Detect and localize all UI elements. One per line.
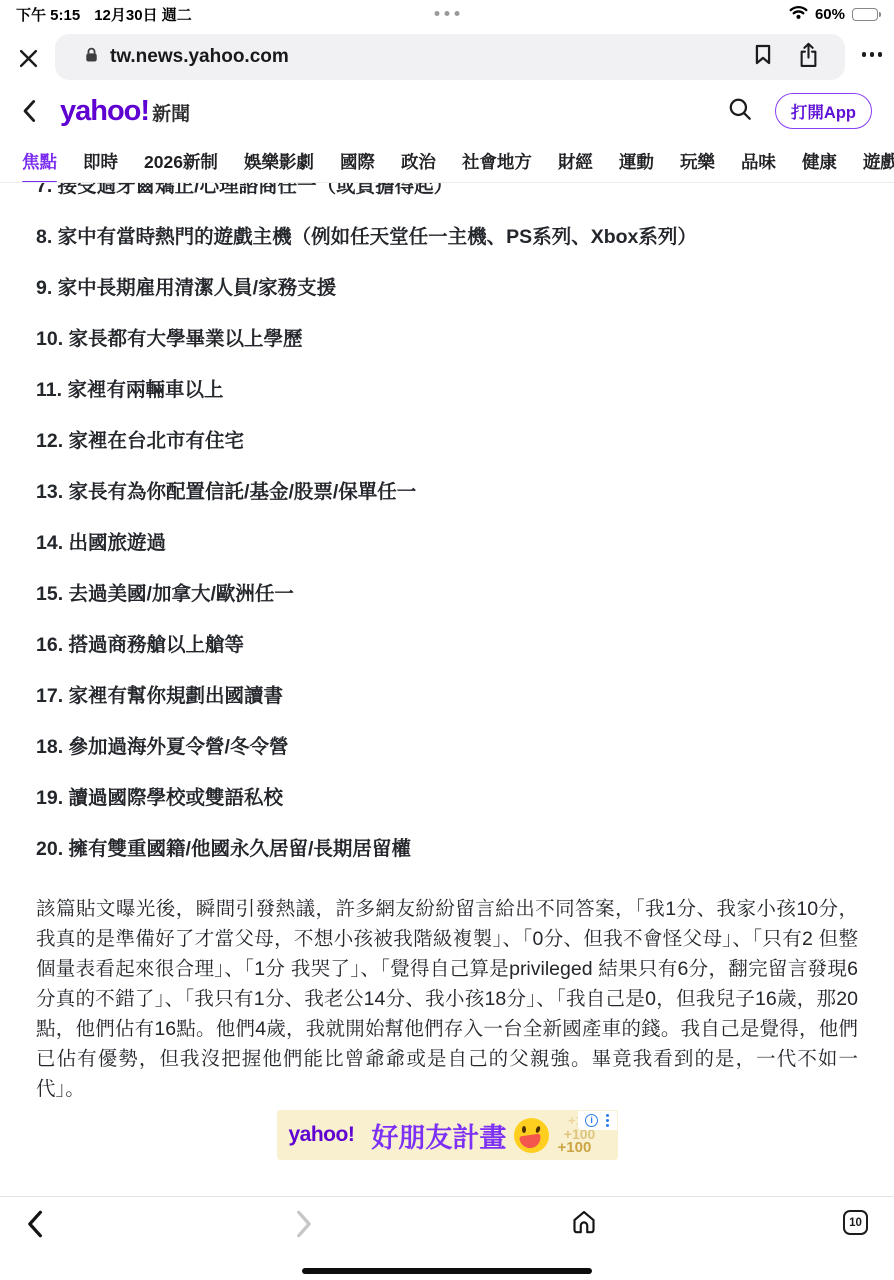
forward-chevron-icon[interactable]: [296, 1210, 313, 1243]
info-icon[interactable]: i: [585, 1114, 598, 1127]
status-bar: 下午 5:15 12月30日 週二 60%: [0, 0, 894, 28]
ad-title: 好朋友計畫: [371, 1116, 506, 1155]
url-text: tw.news.yahoo.com: [110, 46, 289, 68]
ipad-screen: 下午 5:15 12月30日 週二 60% tw.news.yahoo.com: [0, 0, 894, 1280]
checklist-item-10: 10. 家長都有大學畢業以上學歷: [36, 329, 858, 350]
article-paragraph: 該篇貼文曝光後，瞬間引發熱議，許多網友紛紛留言給出不同答案，「我1分、我家小孩1…: [36, 894, 858, 1104]
browser-bar: tw.news.yahoo.com: [0, 28, 894, 86]
ad-choices: i: [578, 1111, 617, 1130]
close-button[interactable]: [14, 45, 42, 71]
checklist-item-15: 15. 去過美國/加拿大/歐洲任一: [36, 584, 858, 605]
address-bar[interactable]: tw.news.yahoo.com: [55, 34, 845, 80]
tab-count: 10: [849, 1217, 862, 1229]
battery-icon: [852, 8, 878, 21]
tab-sports[interactable]: 運動: [619, 136, 654, 182]
tabs-icon[interactable]: 10: [843, 1210, 868, 1235]
checklist-item-7: 7. 接受過牙齒矯正/心理諮商任一（或負擔得起）: [36, 183, 858, 197]
tab-fun[interactable]: 玩樂: [680, 136, 715, 182]
article-content: 7. 接受過牙齒矯正/心理諮商任一（或負擔得起） 8. 家中有當時熱門的遊戲主機…: [0, 183, 894, 1196]
smiley-icon: [514, 1118, 549, 1153]
yahoo-logo-text: yahoo!: [60, 95, 149, 128]
checklist-item-18: 18. 參加過海外夏令營/冬令營: [36, 737, 858, 758]
kebab-menu-icon[interactable]: [606, 1114, 609, 1127]
bookmark-icon[interactable]: [754, 43, 772, 71]
checklist-item-12: 12. 家裡在台北市有住宅: [36, 431, 858, 452]
status-indicators: 60%: [789, 5, 878, 23]
share-icon[interactable]: [798, 42, 819, 73]
tab-games-3c[interactable]: 遊戲3C: [863, 136, 894, 182]
status-date: 12月30日 週二: [94, 4, 192, 25]
tab-taste[interactable]: 品味: [741, 136, 776, 182]
address-bar-actions: [754, 42, 819, 73]
ad-banner[interactable]: yahoo! 好朋友計畫 +100 +100 +100 i: [277, 1110, 618, 1160]
tab-international[interactable]: 國際: [340, 136, 375, 182]
ad-bonus-text: +100: [558, 1139, 592, 1156]
home-icon[interactable]: [571, 1209, 597, 1241]
ad-yahoo-logo: yahoo!: [289, 1123, 355, 1147]
checklist-item-9: 9. 家中長期雇用清潔人員/家務支援: [36, 278, 858, 299]
checklist-item-14: 14. 出國旅遊過: [36, 533, 858, 554]
tab-society-local[interactable]: 社會地方: [462, 136, 532, 182]
status-time: 下午 5:15: [16, 4, 80, 25]
checklist-item-11: 11. 家裡有兩輛車以上: [36, 380, 858, 401]
search-icon[interactable]: [727, 96, 753, 127]
checklist-item-19: 19. 讀過國際學校或雙語私校: [36, 788, 858, 809]
tab-finance[interactable]: 財經: [558, 136, 593, 182]
yahoo-logo-suffix: 新聞: [152, 99, 190, 126]
wifi-icon: [789, 5, 808, 23]
tab-health[interactable]: 健康: [802, 136, 837, 182]
battery-percent: 60%: [815, 6, 845, 23]
bottom-toolbar: 10: [0, 1196, 894, 1280]
checklist-item-17: 17. 家裡有幫你規劃出國讀書: [36, 686, 858, 707]
back-chevron-icon[interactable]: [22, 99, 36, 123]
checklist-item-16: 16. 搭過商務艙以上艙等: [36, 635, 858, 656]
checklist-item-8: 8. 家中有當時熱門的遊戲主機（例如任天堂任一主機、PS系列、Xbox系列）: [36, 227, 858, 248]
multitask-dots-icon: [435, 11, 460, 16]
back-chevron-icon[interactable]: [26, 1210, 43, 1243]
tab-politics[interactable]: 政治: [401, 136, 436, 182]
home-indicator[interactable]: [302, 1268, 592, 1274]
status-datetime: 下午 5:15 12月30日 週二: [16, 4, 192, 25]
lock-icon: [85, 47, 98, 68]
yahoo-news-logo[interactable]: yahoo! 新聞: [60, 95, 190, 128]
tab-entertainment[interactable]: 娛樂影劇: [244, 136, 314, 182]
more-menu-icon[interactable]: [862, 52, 883, 57]
checklist-item-20: 20. 擁有雙重國籍/他國永久居留/長期居留權: [36, 839, 858, 860]
nav-tabs: 焦點 即時 2026新制 娛樂影劇 國際 政治 社會地方 財經 運動 玩樂 品味…: [0, 136, 894, 183]
checklist-item-13: 13. 家長有為你配置信託/基金/股票/保單任一: [36, 482, 858, 503]
tab-focus[interactable]: 焦點: [22, 136, 57, 182]
tab-2026-rules[interactable]: 2026新制: [144, 136, 218, 182]
open-app-button[interactable]: 打開App: [775, 93, 872, 129]
site-header: yahoo! 新聞 打開App: [0, 86, 894, 136]
tab-realtime[interactable]: 即時: [83, 136, 118, 182]
